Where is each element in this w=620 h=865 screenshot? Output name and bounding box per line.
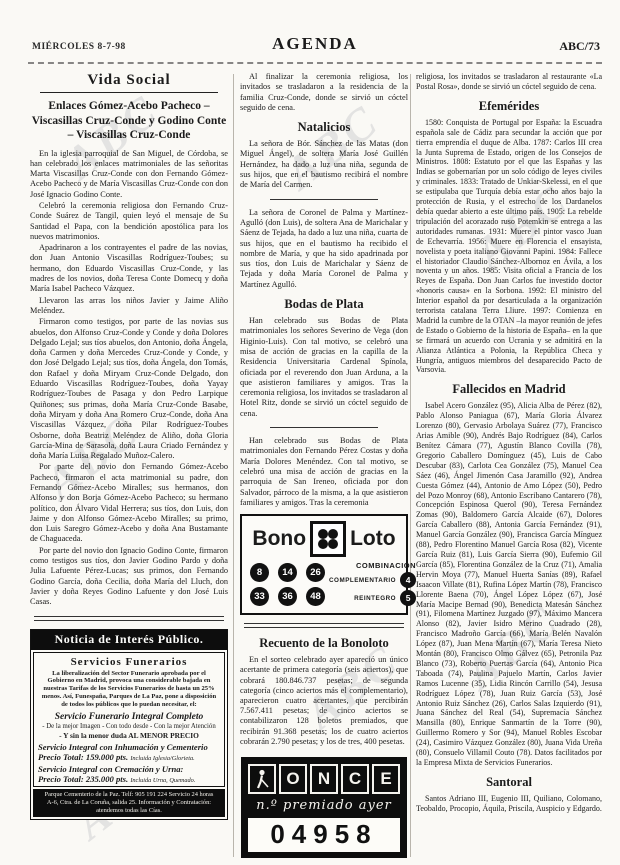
article-paragraph: Firmaron como testigos, por parte de las… bbox=[30, 317, 228, 461]
ad-footer-line: Parque Cementerio de la Paz. Telf: 905 1… bbox=[35, 791, 223, 799]
section-header-bodas-de-plata: Bodas de Plata bbox=[240, 297, 408, 312]
bonoloto-logo: Bono Loto bbox=[248, 521, 400, 557]
middle-column: Al finalizar la ceremonia religiosa, los… bbox=[240, 72, 408, 858]
ad-bullet: - De la mejor Imagen - Con todo desde - … bbox=[38, 723, 220, 730]
bonoloto-reintegro-label: REINTEGRO bbox=[354, 595, 396, 602]
bonoloto-number-ball: 36 bbox=[278, 587, 297, 606]
efemerides-text: 1580: Conquista de Portugal por España: … bbox=[416, 118, 602, 376]
bonoloto-winning-numbers: 8 14 26 33 36 48 bbox=[248, 561, 329, 606]
item-divider bbox=[270, 427, 378, 428]
section-header-natalicios: Natalicios bbox=[240, 120, 408, 135]
bonoloto-results-box: Bono Loto 8 14 26 33 36 48 COMBINACIÓN C… bbox=[240, 514, 408, 615]
section-header-fallecidos: Fallecidos en Madrid bbox=[416, 382, 602, 397]
article-paragraph: La señora de Coronel de Palma y Martínez… bbox=[240, 208, 408, 290]
ad-offer-price: Precio Total: 235.000 pts. bbox=[38, 774, 128, 784]
once-results-box: O N C E n.º premiado ayer 04958 bbox=[241, 757, 407, 858]
bonoloto-number-ball: 48 bbox=[306, 587, 325, 606]
article-paragraph: Apadrinaron a los contrayentes el padre … bbox=[30, 243, 228, 294]
once-letter: O bbox=[279, 764, 307, 794]
column-divider bbox=[233, 74, 234, 857]
article-paragraph: Han celebrado sus Bodas de Plata matrimo… bbox=[240, 316, 408, 419]
article-paragraph: Al finalizar la ceremonia religiosa, los… bbox=[240, 72, 408, 113]
bonoloto-brand-left: Bono bbox=[252, 527, 306, 551]
once-logo: O N C E bbox=[248, 764, 400, 794]
article-headline: Enlaces Gómez-Acebo Pacheco – Viscasilla… bbox=[30, 99, 228, 143]
right-column: religiosa, los invitados se trasladaron … bbox=[416, 72, 602, 815]
bonoloto-number-ball: 26 bbox=[306, 563, 325, 582]
bonoloto-complementario-label: COMPLEMENTARIO bbox=[329, 577, 396, 584]
header-rule bbox=[28, 62, 602, 64]
article-paragraph: religiosa, los invitados se trasladaron … bbox=[416, 72, 602, 92]
column-divider bbox=[410, 74, 411, 857]
article-paragraph: Llevaron las arras los niños Javier y Ja… bbox=[30, 296, 228, 317]
section-divider bbox=[244, 623, 404, 628]
ad-offer-fineprint: Incluida Iglesia/Glorieta. bbox=[130, 755, 194, 762]
ad-title: Servicios Funerarios bbox=[38, 656, 220, 668]
article-paragraph: En la iglesia parroquial de San Miguel, … bbox=[30, 149, 228, 200]
once-letter: C bbox=[341, 764, 369, 794]
ad-offer-label: Servicio Integral con Inhumación y Cemen… bbox=[38, 742, 208, 752]
funeral-services-ad: Noticia de Interés Público. Servicios Fu… bbox=[30, 629, 228, 820]
bonoloto-complementario-ball: 4 bbox=[400, 572, 416, 588]
ad-footer: Parque Cementerio de la Paz. Telf: 905 1… bbox=[33, 789, 225, 817]
left-column: Vida Social Enlaces Gómez-Acebo Pacheco … bbox=[30, 72, 228, 820]
once-letter: E bbox=[372, 764, 400, 794]
bonoloto-number-ball: 8 bbox=[250, 563, 269, 582]
ad-offer: Servicio Integral con Inhumación y Cemen… bbox=[38, 742, 220, 762]
section-header-efemerides: Efemérides bbox=[416, 99, 602, 114]
article-paragraph: Celebró la ceremonia religiosa don Ferna… bbox=[30, 201, 228, 242]
newspaper-page: ABC ABC ABC ABC ABC ABC ABC MIÉRCOLES 8-… bbox=[0, 0, 620, 865]
bonoloto-brand-right: Loto bbox=[350, 527, 395, 551]
bonoloto-clover-icon bbox=[310, 521, 346, 557]
ad-offer-price: Precio Total: 159.000 pts. bbox=[38, 752, 128, 762]
page-title: AGENDA bbox=[28, 34, 602, 54]
santoral-text: Santos Adriano III, Eugenio III, Quilian… bbox=[416, 794, 602, 814]
bonoloto-number-ball: 14 bbox=[278, 563, 297, 582]
section-header-vida-social: Vida Social bbox=[40, 72, 218, 93]
recuento-text: En el sorteo celebrado ayer apareció un … bbox=[240, 655, 408, 747]
page-number: ABC/73 bbox=[559, 39, 600, 54]
ad-footer-line: A-6, Ctra. de La Coruña, salida 25. Info… bbox=[35, 799, 223, 815]
ad-offer: Servicio Integral con Cremación y Urna: … bbox=[38, 764, 220, 784]
once-letter: N bbox=[310, 764, 338, 794]
ad-service-line: Servicio Funerario Integral Completo bbox=[38, 712, 220, 722]
ad-header: Noticia de Interés Público. bbox=[31, 630, 227, 650]
article-paragraph: Por parte del novio don Fernando Gómez-A… bbox=[30, 462, 228, 544]
section-divider bbox=[34, 616, 224, 621]
page-header: MIÉRCOLES 8-7-98 AGENDA ABC/73 bbox=[28, 34, 602, 60]
ad-body: Servicios Funerarios La liberalización d… bbox=[33, 652, 225, 787]
item-divider bbox=[270, 199, 378, 200]
article-paragraph: Por parte del novio don Ignacio Godino C… bbox=[30, 546, 228, 608]
article-paragraph: La señora de Bór. Sánchez de las Matas (… bbox=[240, 139, 408, 190]
ad-intro-text: La liberalización del Sector Funerario a… bbox=[40, 670, 218, 709]
once-blind-person-icon bbox=[248, 764, 276, 794]
fallecidos-text: Isabel Acero González (95), Alicia Alba … bbox=[416, 401, 602, 768]
ad-bullet: - Y sin la menor duda AL MENOR PRECIO bbox=[38, 731, 220, 740]
once-winning-number: 04958 bbox=[248, 818, 400, 852]
ad-offer-label: Servicio Integral con Cremación y Urna: bbox=[38, 764, 183, 774]
article-paragraph: Han celebrado sus Bodas de Plata matrimo… bbox=[240, 436, 408, 508]
bonoloto-reintegro-ball: 5 bbox=[400, 590, 416, 606]
bonoloto-combination-label: COMBINACIÓN bbox=[356, 561, 416, 570]
section-header-santoral: Santoral bbox=[416, 775, 602, 790]
section-header-recuento-bonoloto: Recuento de la Bonoloto bbox=[240, 636, 408, 651]
ad-offer-fineprint: Incluida Urna, Quemado. bbox=[130, 777, 195, 784]
ad-bullet-emphasis: - Y sin la menor duda AL MENOR PRECIO bbox=[59, 731, 199, 740]
bonoloto-number-ball: 33 bbox=[250, 587, 269, 606]
once-caption: n.º premiado ayer bbox=[248, 798, 400, 813]
